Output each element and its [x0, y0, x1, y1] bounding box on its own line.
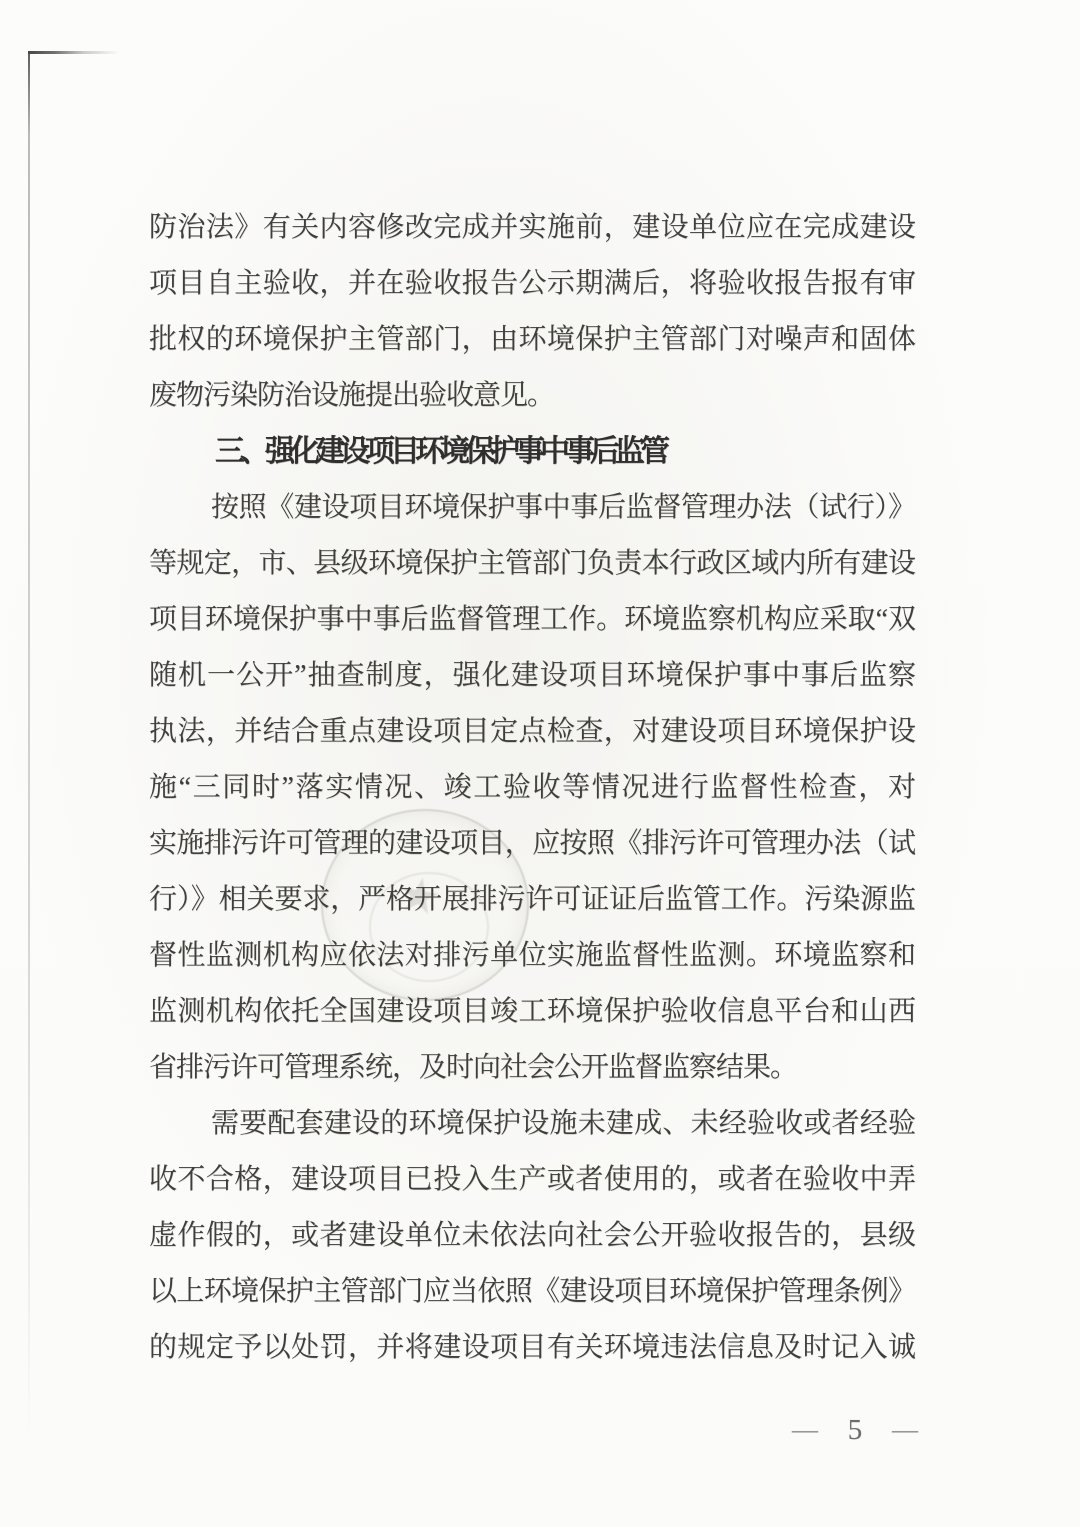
- text-line: 项目环境保护事中事后监督管理工作。环境监察机构应采取“双: [149, 592, 915, 648]
- scanned-document-page: ★ 防治法》有关内容修改完成并实施前，建设单位应在完成建设 项目自主验收，并在验…: [0, 0, 1080, 1527]
- text-line: 执法，并结合重点建设项目定点检查，对建设项目环境保护设: [149, 704, 915, 760]
- text-line: 随机一公开”抽查制度，强化建设项目环境保护事中事后监察: [149, 648, 915, 704]
- text-line: 以上环境保护主管部门应当依照《建设项目环境保护管理条例》: [149, 1264, 915, 1320]
- page-number-value: 5: [848, 1414, 863, 1447]
- page-edge-line-horizontal: [28, 51, 120, 54]
- document-text: 防治法》有关内容修改完成并实施前，建设单位应在完成建设 项目自主验收，并在验收报…: [149, 200, 915, 1376]
- text-line: 项目自主验收，并在验收报告公示期满后，将验收报告报有审: [149, 256, 915, 312]
- text-line: 虚作假的，或者建设单位未依法向社会公开验收报告的，县级: [149, 1208, 915, 1264]
- page-number-dash-left: —: [792, 1415, 818, 1445]
- text-line: 需要配套建设的环境保护设施未建成、未经验收或者经验: [149, 1096, 915, 1152]
- text-line: 按照《建设项目环境保护事中事后监督管理办法（试行）》: [149, 480, 915, 536]
- section-heading: 三、强化建设项目环境保护事中事后监管: [149, 424, 915, 480]
- text-line: 省排污许可管理系统，及时向社会公开监督监察结果。: [149, 1040, 915, 1096]
- text-line: 施“三同时”落实情况、竣工验收等情况进行监督性检查，对: [149, 760, 915, 816]
- text-line: 的规定予以处罚，并将建设项目有关环境违法信息及时记入诚: [149, 1320, 915, 1376]
- text-line: 督性监测机构应依法对排污单位实施监督性监测。环境监察和: [149, 928, 915, 984]
- text-line: 废物污染防治设施提出验收意见。: [149, 368, 915, 424]
- text-line: 批权的环境保护主管部门，由环境保护主管部门对噪声和固体: [149, 312, 915, 368]
- text-line: 收不合格，建设项目已投入生产或者使用的，或者在验收中弄: [149, 1152, 915, 1208]
- text-line: 等规定，市、县级环境保护主管部门负责本行政区域内所有建设: [149, 536, 915, 592]
- text-line: 行）》相关要求，严格开展排污许可证证后监管工作。污染源监: [149, 872, 915, 928]
- text-line: 实施排污许可管理的建设项目，应按照《排污许可管理办法（试: [149, 816, 915, 872]
- text-line: 监测机构依托全国建设项目竣工环境保护验收信息平台和山西: [149, 984, 915, 1040]
- page-edge-line-vertical: [28, 51, 30, 1443]
- page-number: — 5 —: [792, 1412, 918, 1448]
- page-number-dash-right: —: [892, 1415, 918, 1445]
- text-line: 防治法》有关内容修改完成并实施前，建设单位应在完成建设: [149, 200, 915, 256]
